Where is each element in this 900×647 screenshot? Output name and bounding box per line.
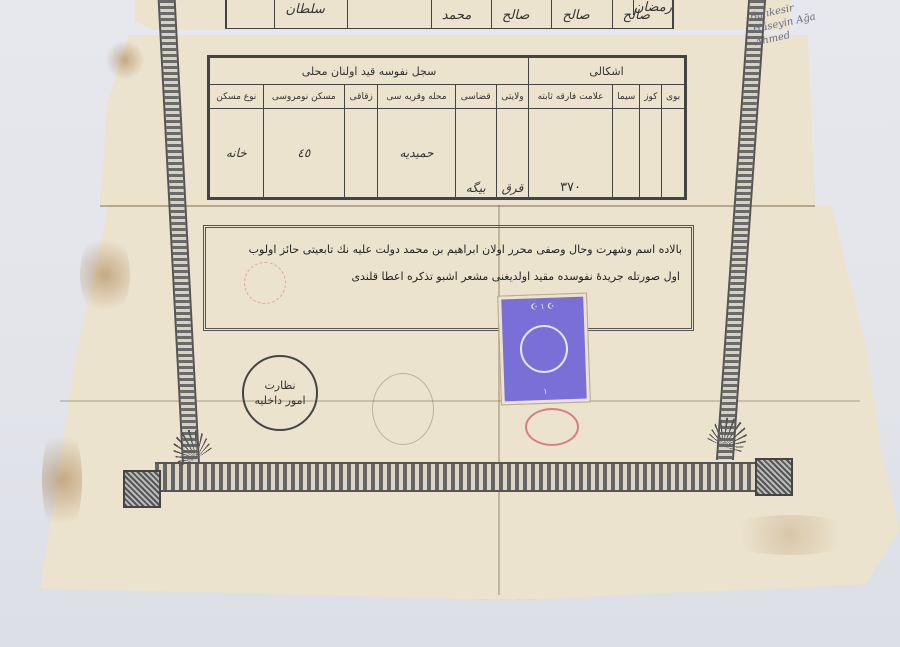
crescent-star-icon: ☪ ۱ ☪ bbox=[530, 302, 554, 312]
faded-seal bbox=[372, 373, 434, 445]
water-stain bbox=[105, 40, 145, 80]
top-cell bbox=[347, 0, 431, 28]
border-corner-left bbox=[123, 470, 161, 508]
col-house-type: نوع مسكن bbox=[209, 85, 264, 109]
revenue-stamp: ☪ ۱ ☪ ۱ bbox=[498, 293, 590, 404]
quarter-value: حميديه bbox=[378, 109, 455, 199]
col-quarter: محله وقريه سى bbox=[378, 85, 455, 109]
top-cell: صالح bbox=[491, 0, 551, 28]
border-corner-right bbox=[755, 458, 793, 496]
col-face: سيما bbox=[613, 85, 640, 109]
col-street: زقاقى bbox=[345, 85, 378, 109]
registry-table: اشكالى سجل نفوسه قيد اولنان محلى بوى كوز… bbox=[207, 55, 687, 200]
col-eyes: كوز bbox=[640, 85, 662, 109]
top-cell bbox=[227, 0, 274, 28]
top-cell: محمد bbox=[431, 0, 491, 28]
col-height: بوى bbox=[662, 85, 686, 109]
water-stain bbox=[80, 230, 130, 320]
col-province: ولايتى bbox=[496, 85, 528, 109]
red-seal bbox=[525, 408, 579, 446]
district-value: بيگه bbox=[455, 109, 496, 199]
top-cell: صالح bbox=[612, 0, 672, 28]
top-cell: صالح bbox=[551, 0, 611, 28]
declaration-line-2: اول صورتله جريدهٔ نفوسده مقيد اولديغنى م… bbox=[290, 270, 680, 283]
house-type-value: خانه bbox=[209, 109, 264, 199]
ministry-of-interior-seal: نظارت امور داخليه bbox=[242, 355, 318, 431]
ornamental-border-bottom bbox=[155, 462, 765, 492]
appearance-section-title: اشكالى bbox=[529, 57, 686, 85]
tughra-medallion bbox=[519, 324, 569, 374]
declaration-line-1: بالاده اسم وشهرت وحال وصفى محرر اولان اب… bbox=[222, 243, 682, 256]
water-stain bbox=[720, 515, 860, 555]
distinguishing-mark-value: ٣٧٠ bbox=[529, 109, 613, 199]
top-strip-table: رمضان صالح صالح صالح محمد سلطان bbox=[225, 0, 674, 29]
province-value: قرق bbox=[496, 109, 528, 199]
registration-place-title: سجل نفوسه قيد اولنان محلى bbox=[209, 57, 529, 85]
top-cell: سلطان bbox=[274, 0, 346, 28]
col-marks: علامت فارقه ثابته bbox=[529, 85, 613, 109]
house-number-value: ٤٥ bbox=[263, 109, 345, 199]
col-house-number: مسكن نومروسى bbox=[263, 85, 345, 109]
fold-line bbox=[100, 205, 815, 207]
water-stain bbox=[42, 420, 82, 540]
col-district: قضاسى bbox=[455, 85, 496, 109]
faint-red-seal bbox=[244, 262, 286, 304]
stamp-value: ۱ bbox=[543, 387, 548, 396]
